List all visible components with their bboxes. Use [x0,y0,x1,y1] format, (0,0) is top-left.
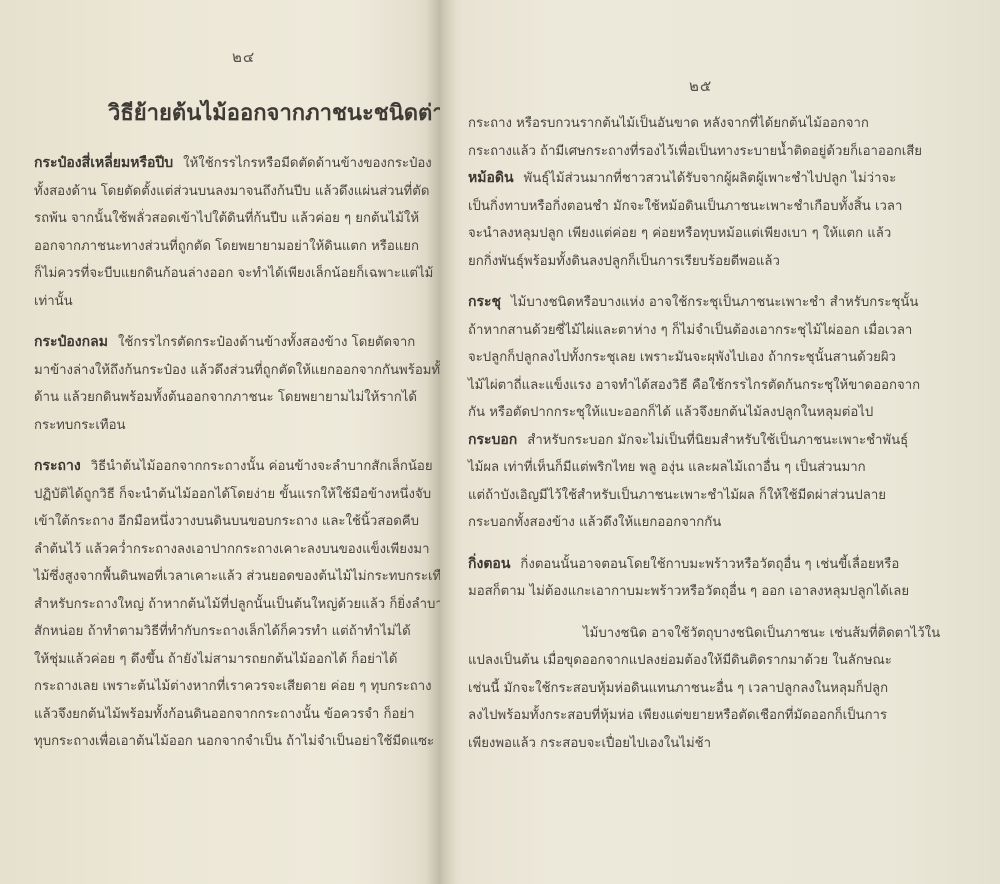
section-heading: หม้อดิน [468,170,514,186]
section-basket: กระชุไม้บางชนิดหรือบางแห่ง อาจใช้กระชุเป… [468,289,940,427]
section-can-square: กระป๋องสี่เหลี่ยมหรือปีบให้ใช้กรรไกรหรือ… [34,150,440,315]
left-text-block: กระป๋องสี่เหลี่ยมหรือปีบให้ใช้กรรไกรหรือ… [34,150,440,756]
page-number: ๒๔ [232,45,255,69]
left-page: ๒๔ วิธีย้ายต้นไม้ออกจากภาชนะชนิดต่าง ๆ ก… [0,0,440,884]
right-text-block: กระถาง หรือรบกวนรากต้นไม้เป็นอันขาด หลัง… [468,110,940,757]
section-heading: กระป๋องกลม [34,334,108,350]
section-pot: กระถางวิธีนำต้นไม้ออกจากกระถางนั้น ค่อนข… [34,453,440,756]
section-clay-pot: หม้อดินพันธุ์ไม้ส่วนมากที่ชาวสวนได้รับจา… [468,165,940,275]
section-bamboo-tube: กระบอกสำหรับกระบอก มักจะไม่เป็นที่นิยมสำ… [468,427,940,537]
section-heading: กระป๋องสี่เหลี่ยมหรือปีบ [34,155,173,171]
chapter-title: วิธีย้ายต้นไม้ออกจากภาชนะชนิดต่าง ๆ [108,95,440,130]
section-heading: กิ่งตอน [468,556,510,572]
section-can-round: กระป๋องกลมใช้กรรไกรตัดกระป๋องด้านข้างทั้… [34,329,440,439]
book-spread: ๒๔ วิธีย้ายต้นไม้ออกจากภาชนะชนิดต่าง ๆ ก… [0,0,1000,884]
right-page: ๒๕ กระถาง หรือรบกวนรากต้นไม้เป็นอันขาด ห… [440,0,1000,884]
section-layered-branch: กิ่งตอนกิ่งตอนนั้นอาจตอนโดยใช้กาบมะพร้าว… [468,551,940,606]
continuation-paragraph: กระถาง หรือรบกวนรากต้นไม้เป็นอันขาด หลัง… [468,110,940,165]
section-sack-wrap: ไม้บางชนิด อาจใช้วัตถุบางชนิดเป็นภาชนะ เ… [468,620,940,758]
section-heading: กระถาง [34,458,81,474]
page-number: ๒๕ [689,74,712,98]
section-heading: กระบอก [468,432,517,448]
section-heading: กระชุ [468,294,501,310]
